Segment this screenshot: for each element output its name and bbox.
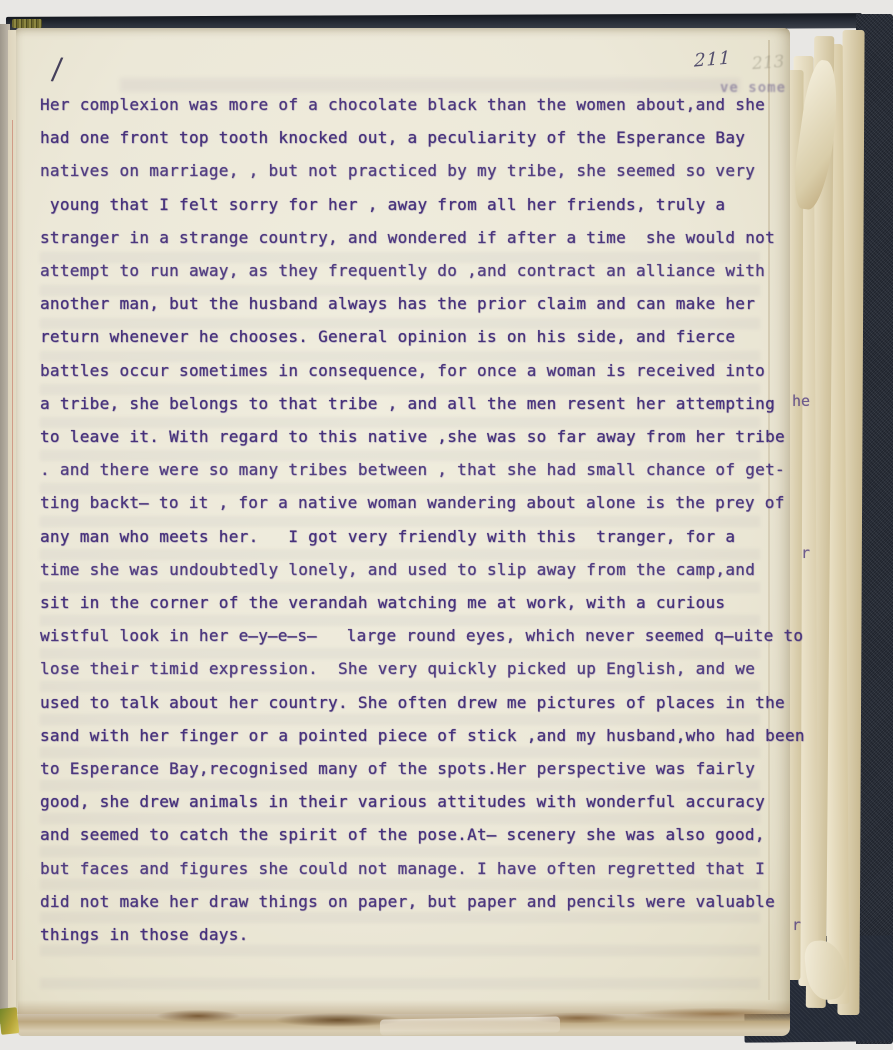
typescript-line: Her complexion was more of a chocolate b… — [40, 88, 788, 121]
typescript-line: lose their timid expression. She very qu… — [40, 652, 788, 685]
typescript-line: sit in the corner of the verandah watchi… — [40, 586, 788, 619]
typescript-line: battles occur sometimes in consequence, … — [40, 354, 788, 387]
typescript-line: another man, but the husband always has … — [40, 287, 788, 320]
typescript-line: good, she drew animals in their various … — [40, 785, 788, 818]
typescript-line: but faces and figures she could not mana… — [40, 852, 788, 885]
typescript-line: return whenever he chooses. General opin… — [40, 320, 788, 353]
typescript-line: a tribe, she belongs to that tribe , and… — [40, 387, 788, 420]
typescript-line: attempt to run away, as they frequently … — [40, 254, 788, 287]
scanned-book-photo: / 211 213 ve some Her complexion was mor… — [0, 0, 893, 1050]
page-number: 211 — [694, 47, 732, 71]
cover-frayed-cloth — [12, 19, 42, 28]
peeking-text-fragment: r — [801, 544, 810, 562]
typescript-line: to Esperance Bay,recognised many of the … — [40, 752, 788, 785]
typescript-line: had one front top tooth knocked out, a p… — [40, 121, 788, 154]
typescript-line: to leave it. With regard to this native … — [40, 420, 788, 453]
page-number-next-leaf: 213 — [751, 52, 785, 74]
typescript-lines: Her complexion was more of a chocolate b… — [40, 88, 788, 951]
ledger-rule-line — [12, 120, 13, 960]
typescript-line: used to talk about her country. She ofte… — [40, 686, 788, 719]
typescript-line: things in those days. — [40, 918, 788, 951]
typescript-line: sand with her finger or a pointed piece … — [40, 719, 788, 752]
green-cloth-sliver — [0, 1007, 19, 1035]
typescript-line: . and there were so many tribes between … — [40, 453, 788, 486]
peeking-text-fragment: he — [792, 392, 810, 410]
typescript-line: time she was undoubtedly lonely, and use… — [40, 553, 788, 586]
typescript-line: did not make her draw things on paper, b… — [40, 885, 788, 918]
tape-repair — [380, 1016, 560, 1035]
typescript-line: and seemed to catch the spirit of the po… — [40, 818, 788, 851]
typescript-line: ting backt̶ to it , for a native woman w… — [40, 486, 788, 519]
typescript-line: wistful look in her e̶y̶e̶s̶ large round… — [40, 619, 788, 652]
typescript-line: stranger in a strange country, and wonde… — [40, 221, 788, 254]
typescript-line: young that I felt sorry for her , away f… — [40, 188, 788, 221]
typescript-line: natives on marriage, , but not practiced… — [40, 154, 788, 187]
peeking-text-fragment: r — [792, 916, 801, 934]
typescript-line: any man who meets her. I got very friend… — [40, 520, 788, 553]
